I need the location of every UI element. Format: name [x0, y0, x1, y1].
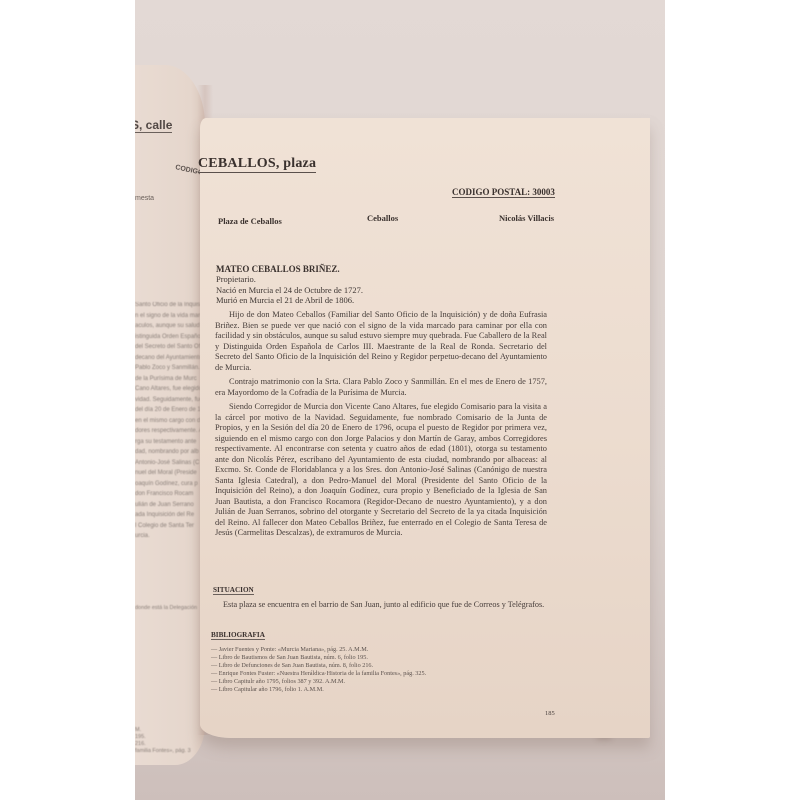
paragraph: Hijo de don Mateo Ceballos (Familiar del… — [215, 310, 547, 373]
left-page-subheading: mesta — [135, 195, 154, 202]
biography-text: Hijo de don Mateo Ceballos (Familiar del… — [215, 310, 547, 543]
left-page-bibliography: M. 195. 216. familia Fontes», pág. 3 — [135, 727, 191, 755]
person-role: Propietario. — [216, 274, 556, 285]
bibliography-item: Libro Capitular año 1796, folio 1. A.M.M… — [211, 686, 551, 694]
person-born: Nació en Murcia el 24 de Octubre de 1727… — [216, 285, 556, 296]
left-line: Pablo Zoco y Sanmillán. E — [135, 363, 205, 374]
plaza-name: Plaza de Ceballos — [218, 216, 282, 226]
left-line: decano del Ayuntamiento de — [135, 353, 205, 364]
left-biblio-line: familia Fontes», pág. 3 — [135, 748, 191, 755]
left-biblio-line: 195. — [135, 734, 191, 741]
left-line: oaquín Godínez, cura p — [135, 479, 205, 490]
left-line: Antonio-José Salinas (C — [135, 458, 205, 469]
left-page: S, calle CODIGO mesta Santo Oficio de la… — [135, 65, 205, 765]
situacion-text: Esta plaza se encuentra en el barrio de … — [213, 600, 551, 611]
left-line: del día 20 de Enero de 17 — [135, 405, 205, 416]
person-died: Murió en Murcia el 21 de Abril de 1806. — [216, 295, 556, 306]
left-line: dores respectivamente. A — [135, 426, 205, 437]
former-name: Nicolás Villacis — [499, 213, 554, 223]
left-page-body: Santo Oficio de la Inquisición n el sign… — [135, 300, 205, 542]
left-line: Cano Altares, fue elegido — [135, 384, 205, 395]
left-line: nuel del Moral (Preside — [135, 468, 205, 479]
bibliography-item: Libro Capitulr año 1795, folios 387 y 39… — [211, 678, 551, 686]
left-line: n el signo de la vida marca — [135, 311, 205, 322]
page-number: 185 — [545, 710, 555, 717]
person-block: MATEO CEBALLOS BRIÑEZ. Propietario. Naci… — [216, 264, 556, 306]
situacion-heading: SITUACION — [213, 586, 254, 595]
left-line: de la Purísima de Murc — [135, 374, 205, 385]
left-line: ada Inquisición del Re — [135, 510, 205, 521]
paragraph: Contrajo matrimonio con la Srta. Clara P… — [215, 377, 547, 398]
names-row: Plaza de Ceballos Ceballos Nicolás Villa… — [218, 213, 554, 225]
left-biblio-line: 216. — [135, 741, 191, 748]
left-page-heading: S, calle — [135, 118, 172, 133]
bibliography-list: Javier Fuentes y Ponte: «Murcia Mariana»… — [211, 646, 551, 694]
left-line: urcia. — [135, 531, 205, 542]
left-line: aculos, aunque su salud — [135, 321, 205, 332]
bibliography-item: Javier Fuentes y Ponte: «Murcia Mariana»… — [211, 646, 551, 654]
bibliography-item: Libro de Bautismos de San Juan Bautista,… — [211, 654, 551, 662]
bibliography-item: Enrique Fontes Fuster: «Nuestra Heráldic… — [211, 670, 551, 678]
left-biblio-line: M. — [135, 727, 191, 734]
left-page-note: donde está la Delegación — [135, 605, 197, 611]
left-line: rga su testamento ante — [135, 437, 205, 448]
left-line: ulián de Juan Serrano — [135, 500, 205, 511]
paragraph: Siendo Corregidor de Murcia don Vicente … — [215, 402, 547, 539]
bibliografia-heading: BIBLIOGRAFIA — [211, 631, 265, 640]
left-line: vidad. Seguidamente, fue — [135, 395, 205, 406]
person-name: MATEO CEBALLOS BRIÑEZ. — [216, 264, 556, 274]
left-line: l Colegio de Santa Ter — [135, 521, 205, 532]
left-line: en el mismo cargo con d — [135, 416, 205, 427]
bibliography-item: Libro de Defunciones de San Juan Bautist… — [211, 662, 551, 670]
left-line: del Secreto del Santo Ofic — [135, 342, 205, 353]
left-line: dad, nombrando por alb — [135, 447, 205, 458]
left-line: Santo Oficio de la Inquisición — [135, 300, 205, 311]
paragraph: Esta plaza se encuentra en el barrio de … — [213, 600, 551, 611]
page-title: CEBALLOS, plaza — [198, 156, 316, 173]
left-line: don Francisco Rocam — [135, 489, 205, 500]
left-line: istinguida Orden Españo — [135, 332, 205, 343]
postal-code: CODIGO POSTAL: 30003 — [452, 187, 555, 198]
current-name: Ceballos — [367, 213, 398, 223]
